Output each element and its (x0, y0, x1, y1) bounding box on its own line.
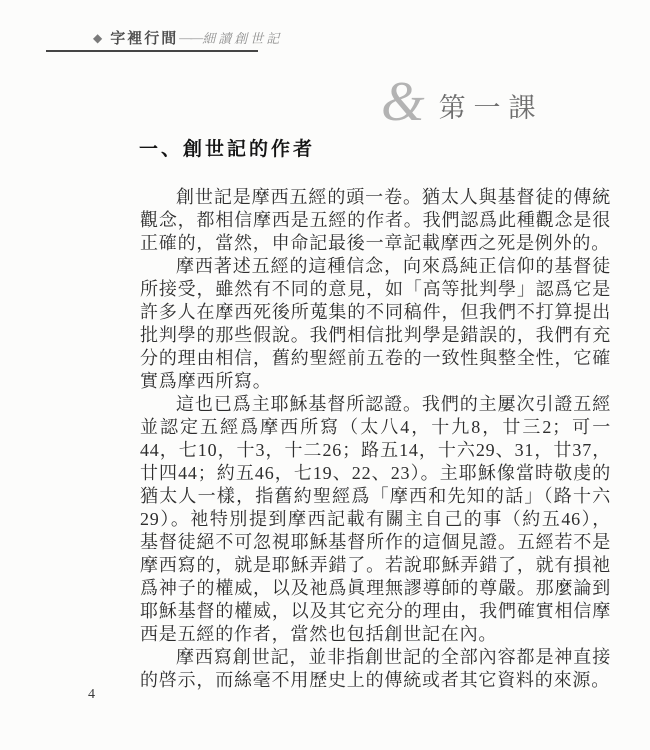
running-header: ◆ 字裡行間 —— 細讀創世記 (93, 27, 282, 48)
book-page: ◆ 字裡行間 —— 細讀創世記 & 第一課 一、創世記的作者 創世記是摩西五經的… (0, 0, 650, 750)
chapter-heading: & 第一課 (381, 74, 544, 130)
body-text: 創世記是摩西五經的頭一卷。猶太人與基督徒的傳統觀念，都相信摩西是五經的作者。我們… (140, 186, 611, 692)
title-separator: —— (179, 30, 201, 46)
header-rule (46, 50, 258, 52)
page-number: 4 (88, 687, 95, 703)
paragraph-4: 摩西寫創世記，並非指創世記的全部內容都是神直接的啓示，而絲毫不用歷史上的傳統或者… (140, 646, 611, 692)
chapter-title: 第一課 (439, 86, 544, 125)
series-title: 字裡行間 (110, 27, 178, 48)
paragraph-1: 創世記是摩西五經的頭一卷。猶太人與基督徒的傳統觀念，都相信摩西是五經的作者。我們… (140, 186, 611, 255)
book-subtitle: 細讀創世記 (202, 28, 282, 47)
section-heading: 一、創世記的作者 (139, 134, 315, 161)
paragraph-3: 這也已爲主耶穌基督所認證。我們的主屢次引證五經並認定五經爲摩西所寫（太八4，十九… (140, 393, 611, 646)
paragraph-2: 摩西著述五經的這種信念，向來爲純正信仰的基督徒所接受，雖然有不同的意見，如「高等… (140, 255, 611, 393)
ampersand-ornament-icon: & (381, 74, 425, 130)
diamond-icon: ◆ (93, 31, 102, 45)
